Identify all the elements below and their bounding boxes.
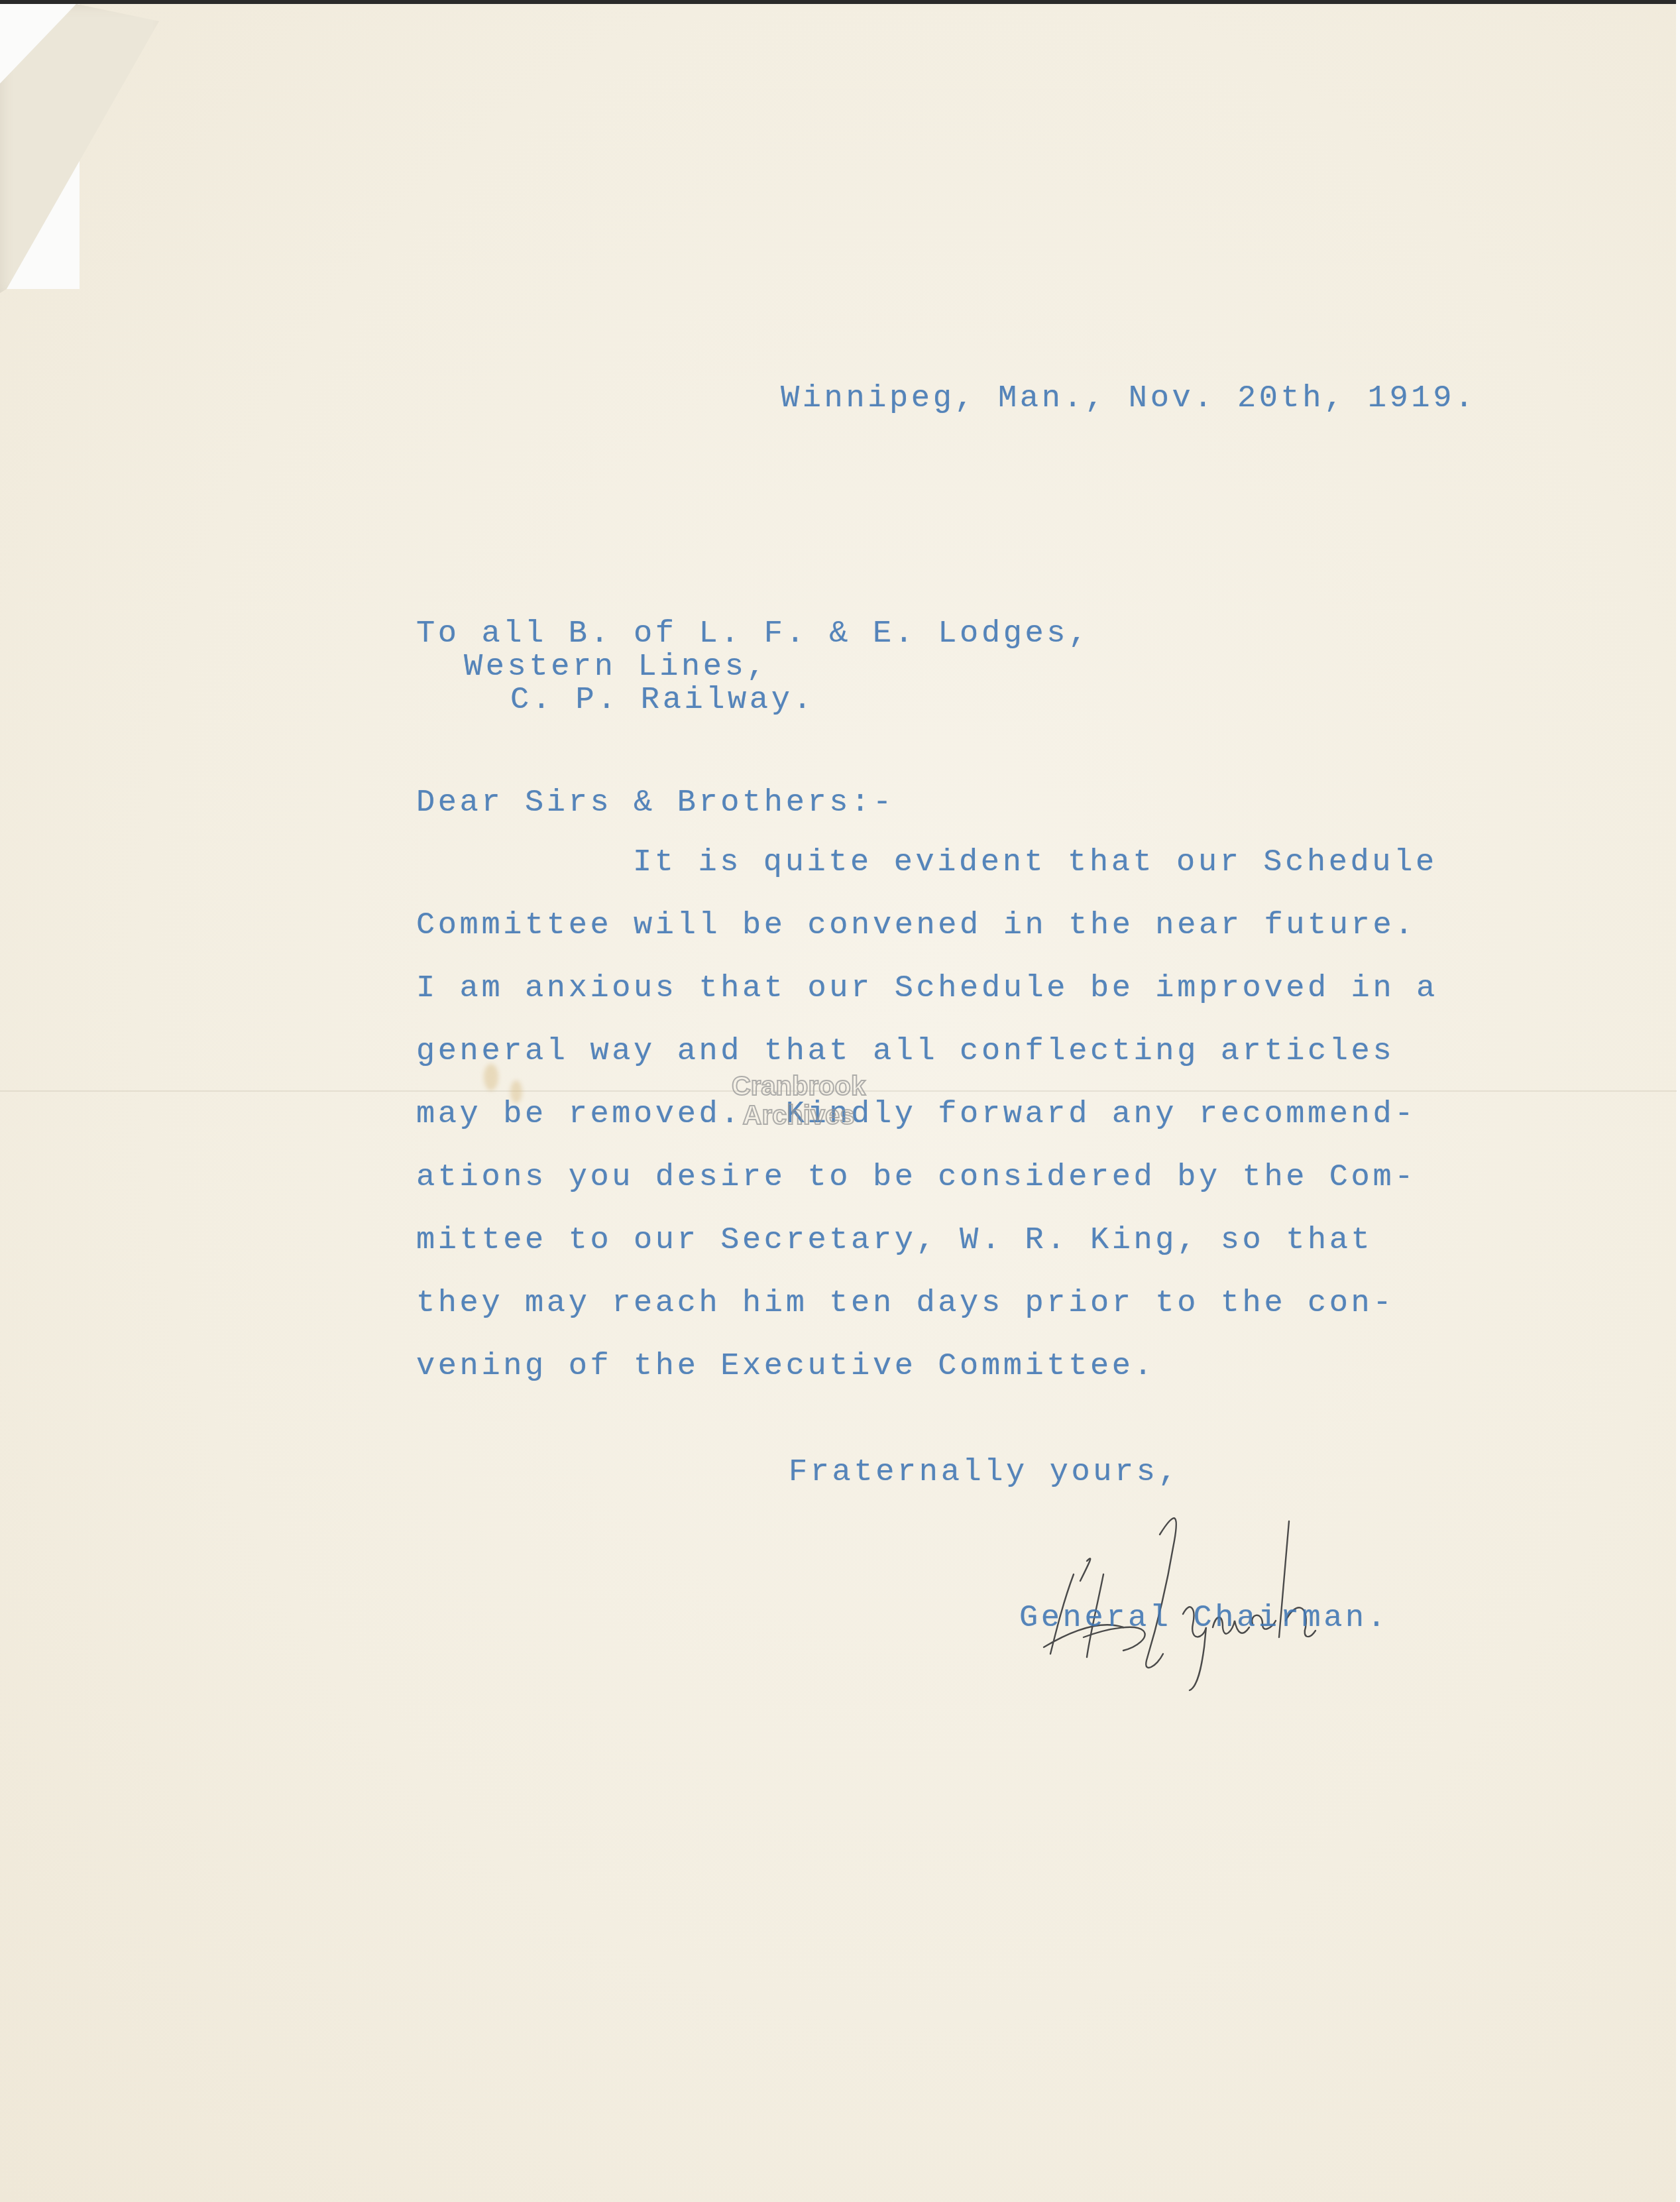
body-line: It is quite evident that our Schedule bbox=[633, 845, 1437, 880]
address-line-1: To all B. of L. F. & E. Lodges, bbox=[416, 616, 1090, 652]
body-line: general way and that all conflecting art… bbox=[416, 1034, 1394, 1069]
address-line-3: C. P. Railway. bbox=[510, 683, 814, 718]
address-line-2: Western Lines, bbox=[464, 650, 768, 685]
salutation: Dear Sirs & Brothers:- bbox=[416, 785, 895, 821]
closing: Fraternally yours, bbox=[789, 1455, 1180, 1490]
archive-watermark: Cranbrook Archives bbox=[712, 1072, 885, 1130]
body-line: ations you desire to be considered by th… bbox=[416, 1160, 1416, 1195]
body-line: mittee to our Secretary, W. R. King, so … bbox=[416, 1223, 1372, 1258]
watermark-line-2: Archives bbox=[712, 1101, 885, 1130]
scan-background-right bbox=[1676, 0, 1680, 2202]
signature-icon bbox=[1024, 1495, 1448, 1694]
dateline: Winnipeg, Man., Nov. 20th, 1919. bbox=[781, 381, 1477, 416]
body-line: Committee will be convened in the near f… bbox=[416, 908, 1416, 943]
body-line: I am anxious that our Schedule be improv… bbox=[416, 971, 1438, 1006]
body-line: they may reach him ten days prior to the… bbox=[416, 1286, 1394, 1321]
watermark-line-1: Cranbrook bbox=[712, 1072, 885, 1101]
body-line: vening of the Executive Committee. bbox=[416, 1349, 1155, 1384]
signer-title: General Chairman. bbox=[1019, 1601, 1389, 1636]
body-line: may be removed. Kindly forward any recom… bbox=[416, 1097, 1416, 1132]
scan-border bbox=[0, 0, 1680, 4]
